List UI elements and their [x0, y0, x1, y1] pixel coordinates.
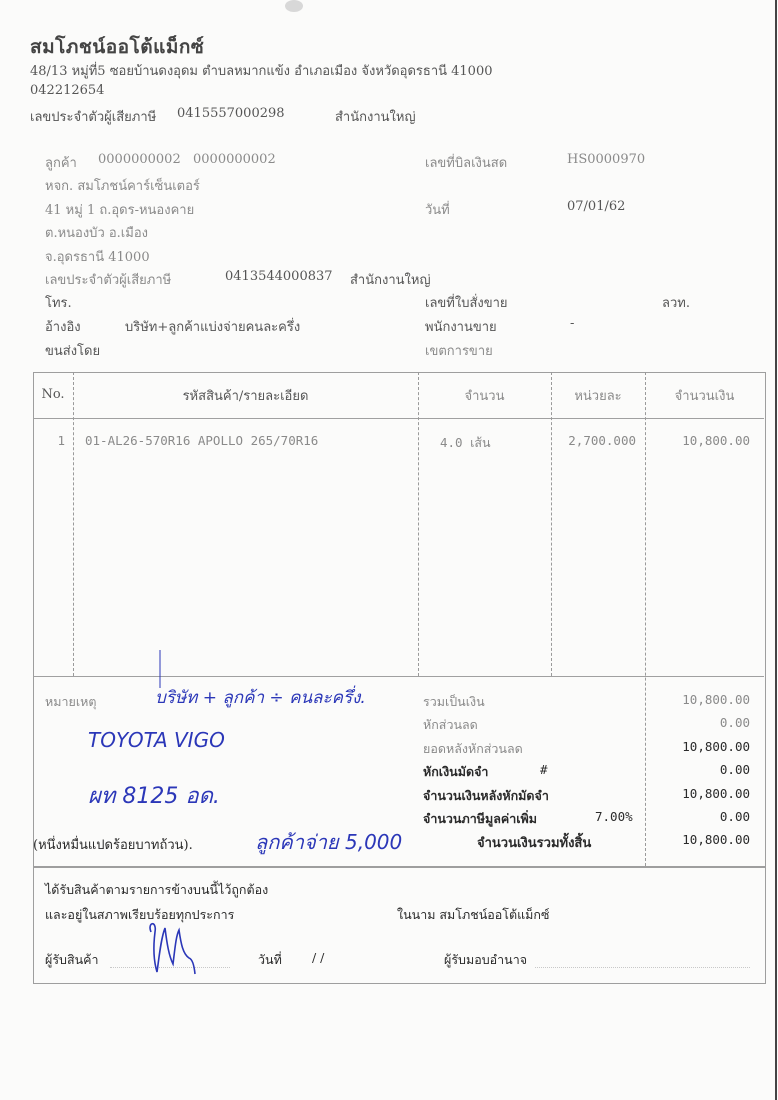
company-tax-id-label: เลขประจำตัวผู้เสียภาษี: [30, 106, 156, 127]
summary-value: 0.00: [645, 715, 750, 730]
summary-label: จำนวนเงินหลังหักมัดจำ: [423, 786, 549, 806]
shipping-label: ขนส่งโดย: [45, 340, 100, 361]
salesperson: -: [570, 316, 574, 331]
customer-name: หจก. สมโภชน์คาร์เซ็นเตอร์: [45, 175, 200, 196]
customer-address-1: 41 หมู่ 1 ถ.อุดร-หนองคาย: [45, 199, 194, 220]
handwritten-car-model: TOYOTA VIGO: [88, 728, 225, 752]
summary-label: หักส่วนลด: [423, 715, 478, 735]
row-description: 01-AL26-570R16 APOLLO 265/70R16: [85, 433, 318, 448]
header-no: No.: [33, 387, 73, 402]
sales-area-label: เขตการขาย: [425, 340, 493, 361]
summary-label: รวมเป็นเงิน: [423, 692, 485, 712]
on-behalf-of: ในนาม สมโภชน์ออโต้แม็กซ์: [397, 905, 549, 925]
authorized-signature-line: [535, 967, 750, 968]
summary-label: จำนวนภาษีมูลค่าเพิ่ม: [423, 809, 537, 829]
summary-value: 10,800.00: [645, 786, 750, 801]
customer-address-2: ต.หนองบัว อ.เมือง: [45, 222, 148, 243]
company-phone: 042212654: [30, 83, 104, 98]
row-qty: 4.0 เส้น: [440, 433, 491, 453]
header-description: รหัสสินค้า/รายละเอียด: [73, 385, 418, 406]
customer-phone-label: โทร.: [45, 292, 72, 313]
order-no: ลวท.: [662, 292, 690, 313]
handwritten-note-1: บริษัท + ลูกค้า ÷ คนละครึ่ง.: [155, 684, 366, 711]
company-tax-id: 0415557000298: [177, 106, 285, 121]
summary-value: 0.00: [645, 762, 750, 777]
reference-label: อ้างอิง: [45, 316, 81, 337]
pen-stroke: [155, 650, 165, 690]
summary-value: 0.00: [645, 809, 750, 824]
grand-total-label: จำนวนเงินรวมทั้งสิ้น: [477, 832, 591, 853]
receiver-label: ผู้รับสินค้า: [45, 950, 99, 970]
page-edge: [775, 0, 777, 1100]
customer-branch: สำนักงานใหญ่: [350, 269, 431, 290]
authorized-label: ผู้รับมอบอำนาจ: [444, 950, 527, 970]
col-divider: [551, 372, 552, 676]
order-no-label: เลขที่ใบสั่งขาย: [425, 292, 508, 313]
row-unit-price: 2,700.000: [551, 433, 636, 448]
customer-code-2: 0000000002: [193, 152, 276, 167]
summary-extra: #: [540, 762, 548, 777]
summary-label: ยอดหลังหักส่วนลด: [423, 739, 523, 759]
header-amount: จำนวนเงิน: [645, 385, 764, 406]
col-divider: [73, 372, 74, 676]
customer-tax-id: 0413544000837: [225, 269, 333, 284]
col-divider: [418, 372, 419, 676]
row-no: 1: [33, 433, 65, 448]
body-divider: [33, 676, 764, 677]
salesperson-label: พนักงานขาย: [425, 316, 497, 337]
handwritten-customer-paid: ลูกค้าจ่าย 5,000: [255, 826, 402, 858]
customer-code-1: 0000000002: [98, 152, 181, 167]
customer-tax-id-label: เลขประจำตัวผู้เสียภาษี: [45, 269, 171, 290]
summary-label: หักเงินมัดจำ: [423, 762, 488, 782]
vat-rate: 7.00%: [595, 809, 633, 824]
company-address: 48/13 หมู่ที่5 ซอยบ้านดงอุดม ตำบลหมากแข้…: [30, 60, 493, 81]
bill-no: HS0000970: [567, 152, 645, 167]
handwritten-license-plate: ผท 8125 อด.: [88, 778, 220, 813]
row-amount: 10,800.00: [645, 433, 750, 448]
header-unit-price: หน่วยละ: [551, 385, 645, 406]
receive-date-label: วันที่: [258, 950, 282, 970]
punch-hole-mark: [285, 0, 303, 12]
receive-date-value: / /: [312, 950, 324, 965]
remarks-label: หมายเหตุ: [45, 692, 96, 712]
summary-value: 10,800.00: [645, 692, 750, 707]
grand-total-value: 10,800.00: [645, 832, 750, 847]
header-divider: [33, 418, 764, 419]
received-text-2: และอยู่ในสภาพเรียบร้อยทุกประการ: [45, 905, 234, 925]
receiver-signature: [145, 918, 205, 976]
amount-in-words: (หนึ่งหมื่นแปดร้อยบาทถ้วน).: [33, 834, 193, 855]
bill-date: 07/01/62: [567, 199, 625, 214]
company-name: สมโภชน์ออโต้แม็กซ์: [30, 32, 204, 62]
reference-value: บริษัท+ลูกค้าแบ่งจ่ายคนละครึ่ง: [125, 316, 300, 337]
bill-no-label: เลขที่บิลเงินสด: [425, 152, 507, 173]
received-text-1: ได้รับสินค้าตามรายการข้างบนนี้ไว้ถูกต้อง: [45, 880, 268, 900]
customer-label: ลูกค้า: [45, 152, 77, 173]
company-branch: สำนักงานใหญ่: [335, 106, 416, 127]
date-label: วันที่: [425, 199, 450, 220]
customer-address-3: จ.อุดรธานี 41000: [45, 246, 150, 267]
summary-value: 10,800.00: [645, 739, 750, 754]
header-qty: จำนวน: [418, 385, 551, 406]
